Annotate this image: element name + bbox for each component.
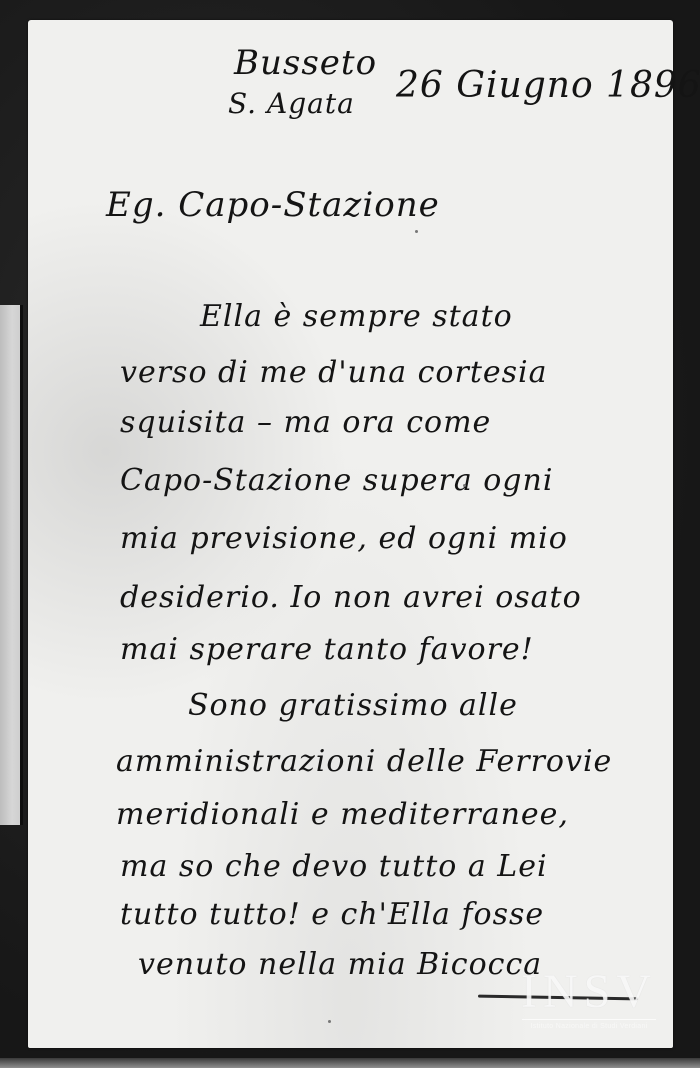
body-line: mia previsione, ed ogni mio [120, 524, 568, 554]
adjacent-page-edge [0, 305, 23, 825]
body-line: Ella è sempre stato [200, 302, 513, 332]
watermark-subtitle: Istituto Nazionale di Studi Verdiani [514, 1023, 664, 1030]
body-line: ma so che devo tutto a Lei [120, 852, 548, 882]
handwritten-underline [478, 995, 638, 1001]
place-subname: S. Agata [228, 90, 355, 118]
ink-speck [328, 1020, 331, 1023]
watermark-divider [522, 1019, 656, 1020]
ink-speck [415, 230, 418, 233]
body-line: venuto nella mia Bicocca [138, 950, 542, 980]
body-line: tutto tutto! e ch'Ella fosse [120, 900, 544, 930]
ink-speck [463, 484, 466, 487]
place-name: Busseto [234, 46, 377, 80]
body-line: Capo-Stazione supera ogni [120, 466, 553, 496]
body-line: Sono gratissimo alle [188, 691, 518, 721]
letter-date: 26 Giugno 1896 [396, 68, 700, 104]
body-line: meridionali e mediterranee, [116, 800, 569, 830]
body-line: amministrazioni delle Ferrovie [116, 747, 612, 777]
scanner-bottom-edge [0, 1058, 700, 1068]
body-line: squisita – ma ora come [120, 408, 491, 438]
body-line: verso di me d'una cortesia [120, 358, 548, 388]
body-line: mai sperare tanto favore! [120, 635, 534, 665]
body-line: desiderio. Io non avrei osato [120, 583, 582, 613]
salutation: Eg. Capo-Stazione [106, 188, 440, 222]
letter-page: Busseto S. Agata 26 Giugno 1896 Eg. Capo… [28, 20, 673, 1048]
